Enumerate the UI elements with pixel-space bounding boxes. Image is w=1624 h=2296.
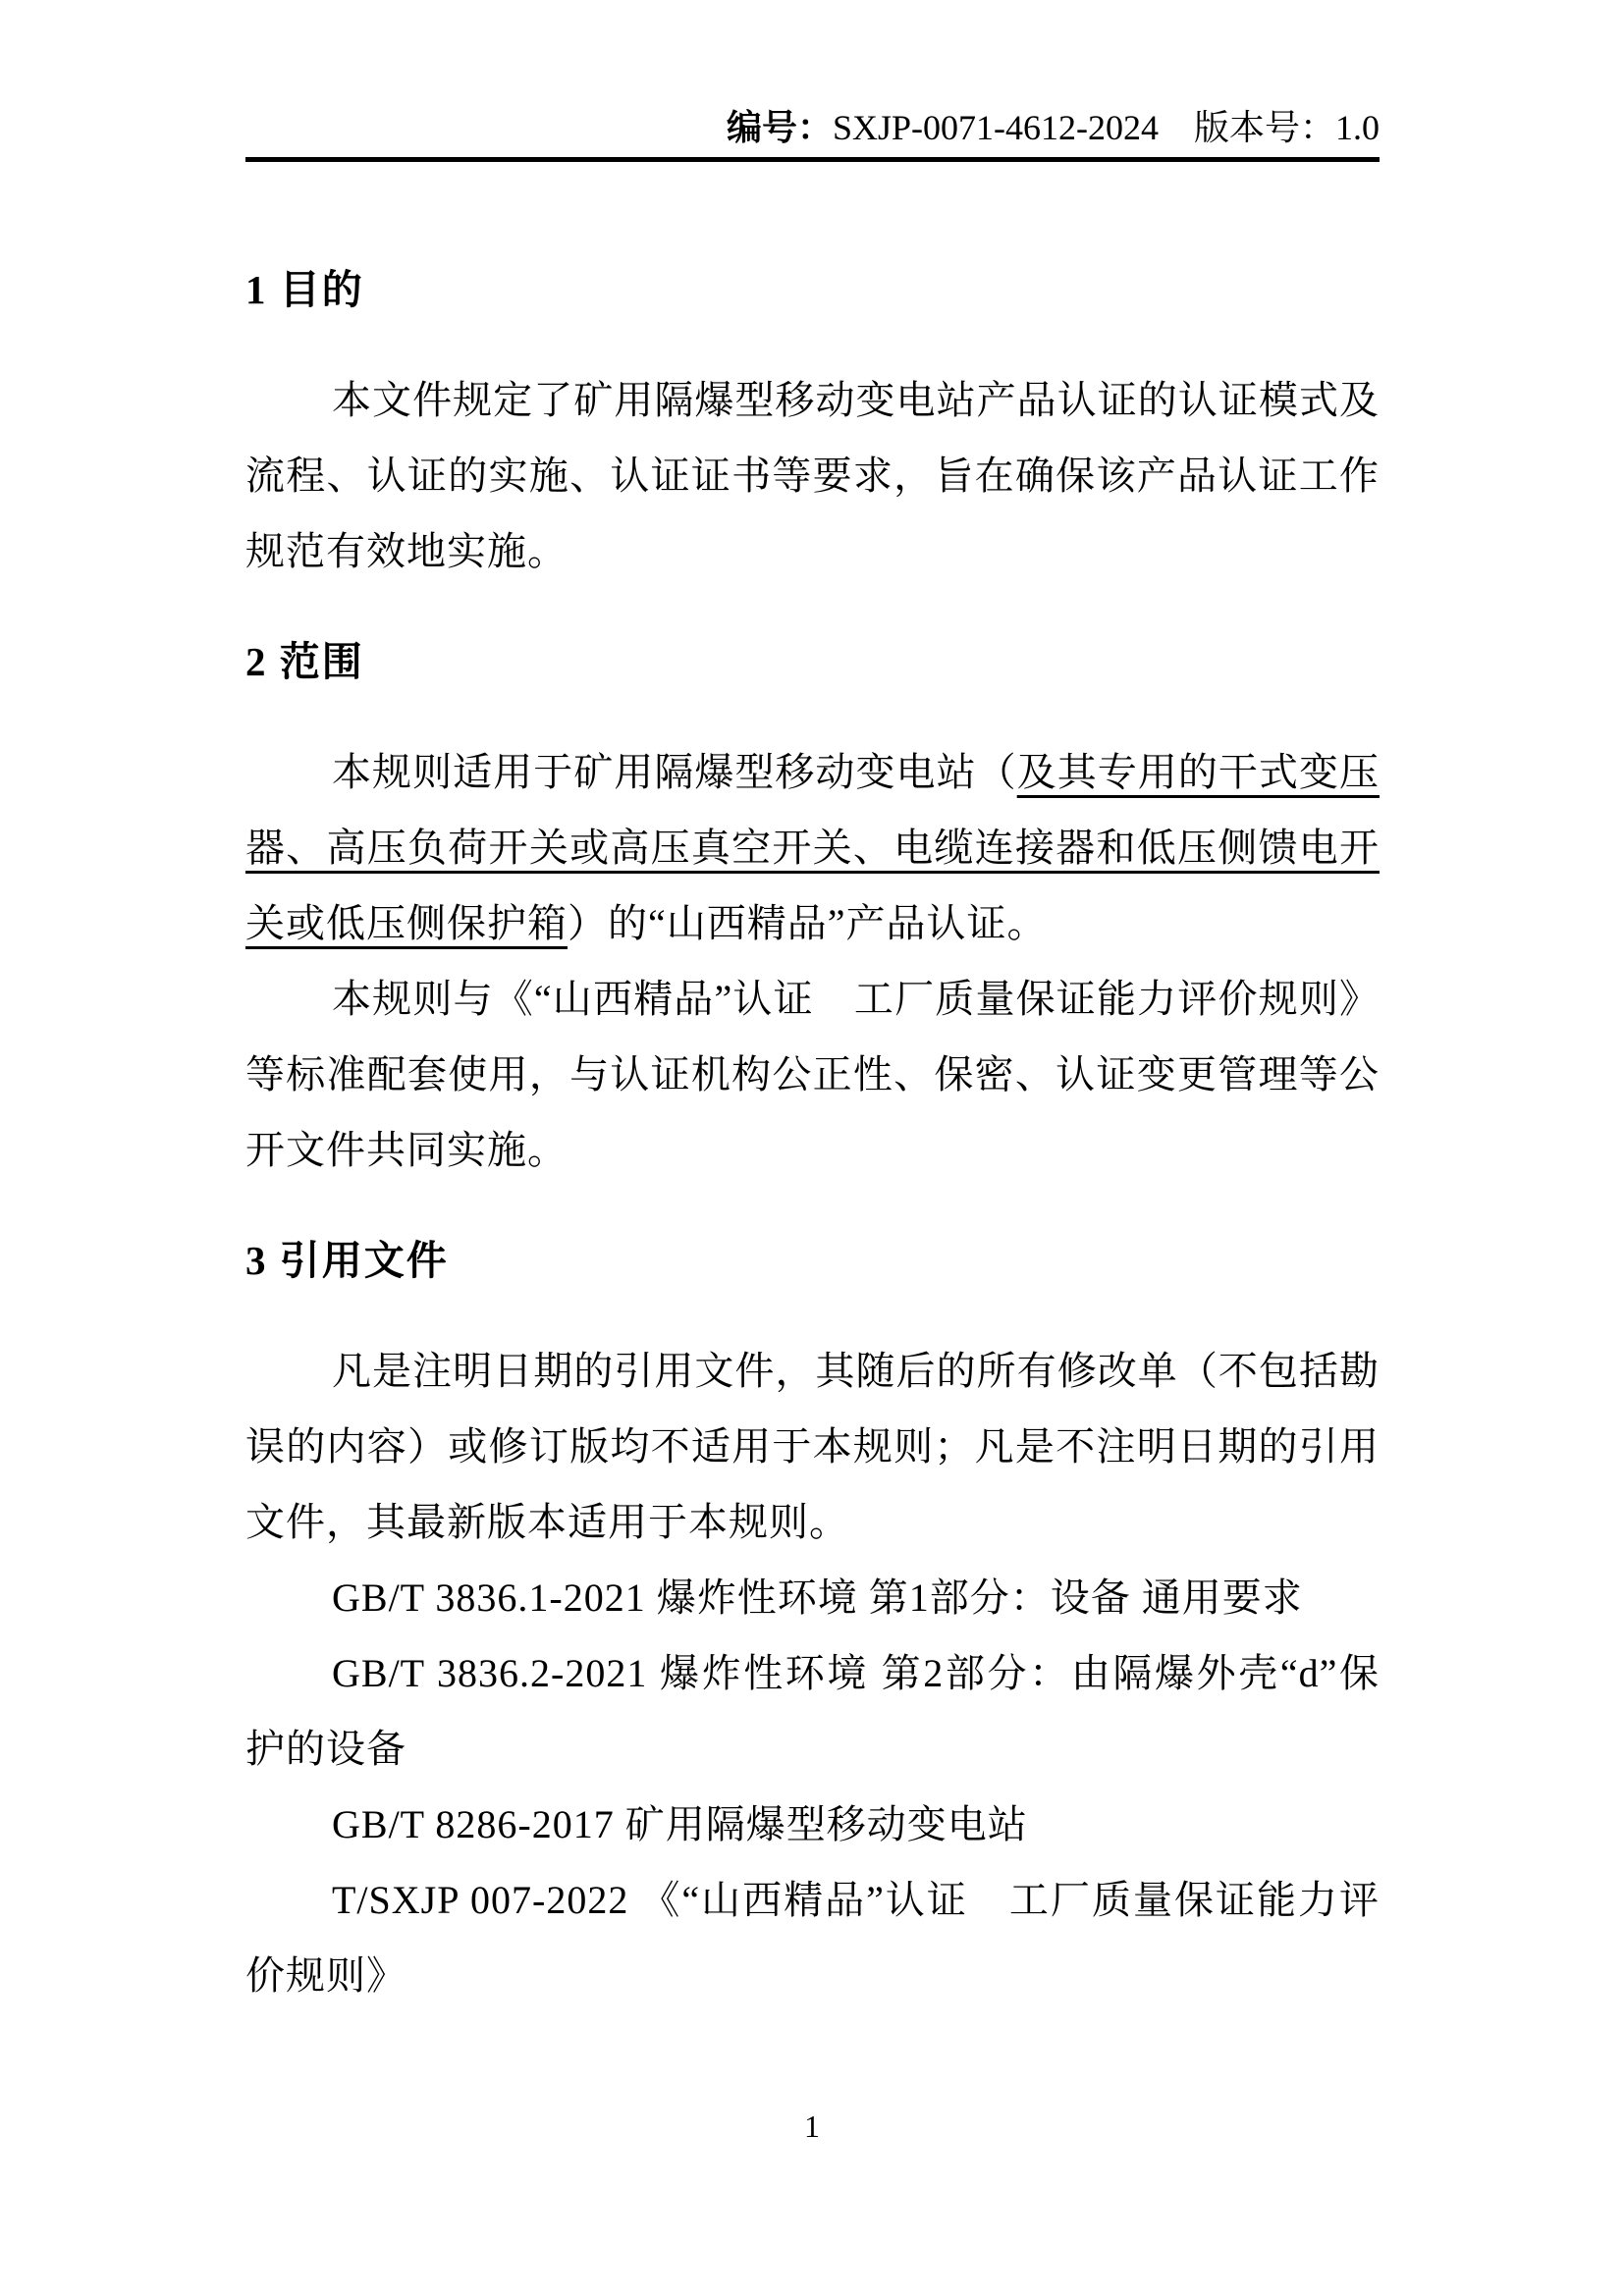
text-run: 本规则适用于矿用隔爆型移动变电站（ [332,750,1017,794]
text-run: T/SXJP 007-2022 《“山西精品”认证 工厂质量保证能力评价规则》 [245,1878,1380,1998]
text-run: 本规则与《“山西精品”认证 工厂质量保证能力评价规则》等标准配套使用，与认证机构… [245,977,1380,1172]
page-number: 1 [0,2109,1624,2144]
content-column: 编号：SXJP-0071-4612-2024 版本号：1.0 1 目的 本文件规… [245,0,1380,2013]
section-heading-references: 3 引用文件 [245,1237,1380,1284]
doc-number-label: 编号： [727,108,833,147]
paragraph-purpose: 本文件规定了矿用隔爆型移动变电站产品认证的认证模式及流程、认证的实施、认证证书等… [245,362,1380,589]
text-run: GB/T 3836.1-2021 爆炸性环境 第1部分：设备 通用要求 [332,1575,1303,1620]
version-label: 版本号： [1194,108,1335,147]
section-heading-scope: 2 范围 [245,638,1380,685]
header-separator [1159,108,1194,147]
page-header: 编号：SXJP-0071-4612-2024 版本号：1.0 [245,0,1380,162]
text-run: GB/T 3836.2-2021 爆炸性环境 第2部分：由隔爆外壳“d”保护的设… [245,1651,1380,1771]
paragraph-scope-1: 本规则适用于矿用隔爆型移动变电站（及其专用的干式变压器、高压负荷开关或高压真空开… [245,734,1380,961]
doc-number-value: SXJP-0071-4612-2024 [833,108,1159,147]
reference-item-tsxjp-007: T/SXJP 007-2022 《“山西精品”认证 工厂质量保证能力评价规则》 [245,1862,1380,2013]
section-heading-purpose: 1 目的 [245,266,1380,313]
text-run: GB/T 8286-2017 矿用隔爆型移动变电站 [332,1802,1028,1846]
text-run: ）的“山西精品”产品认证。 [568,901,1048,945]
paragraph-references-intro: 凡是注明日期的引用文件，其随后的所有修改单（不包括勘误的内容）或修订版均不适用于… [245,1333,1380,1560]
paragraph-scope-2: 本规则与《“山西精品”认证 工厂质量保证能力评价规则》等标准配套使用，与认证机构… [245,961,1380,1188]
text-run: 本文件规定了矿用隔爆型移动变电站产品认证的认证模式及流程、认证的实施、认证证书等… [245,378,1380,573]
version-value: 1.0 [1335,108,1380,147]
document-page: 编号：SXJP-0071-4612-2024 版本号：1.0 1 目的 本文件规… [0,0,1624,2296]
text-run: 凡是注明日期的引用文件，其随后的所有修改单（不包括勘误的内容）或修订版均不适用于… [245,1349,1380,1544]
reference-item-gbt-8286: GB/T 8286-2017 矿用隔爆型移动变电站 [245,1787,1380,1862]
reference-item-gbt-3836-1: GB/T 3836.1-2021 爆炸性环境 第1部分：设备 通用要求 [245,1560,1380,1635]
reference-item-gbt-3836-2: GB/T 3836.2-2021 爆炸性环境 第2部分：由隔爆外壳“d”保护的设… [245,1635,1380,1787]
